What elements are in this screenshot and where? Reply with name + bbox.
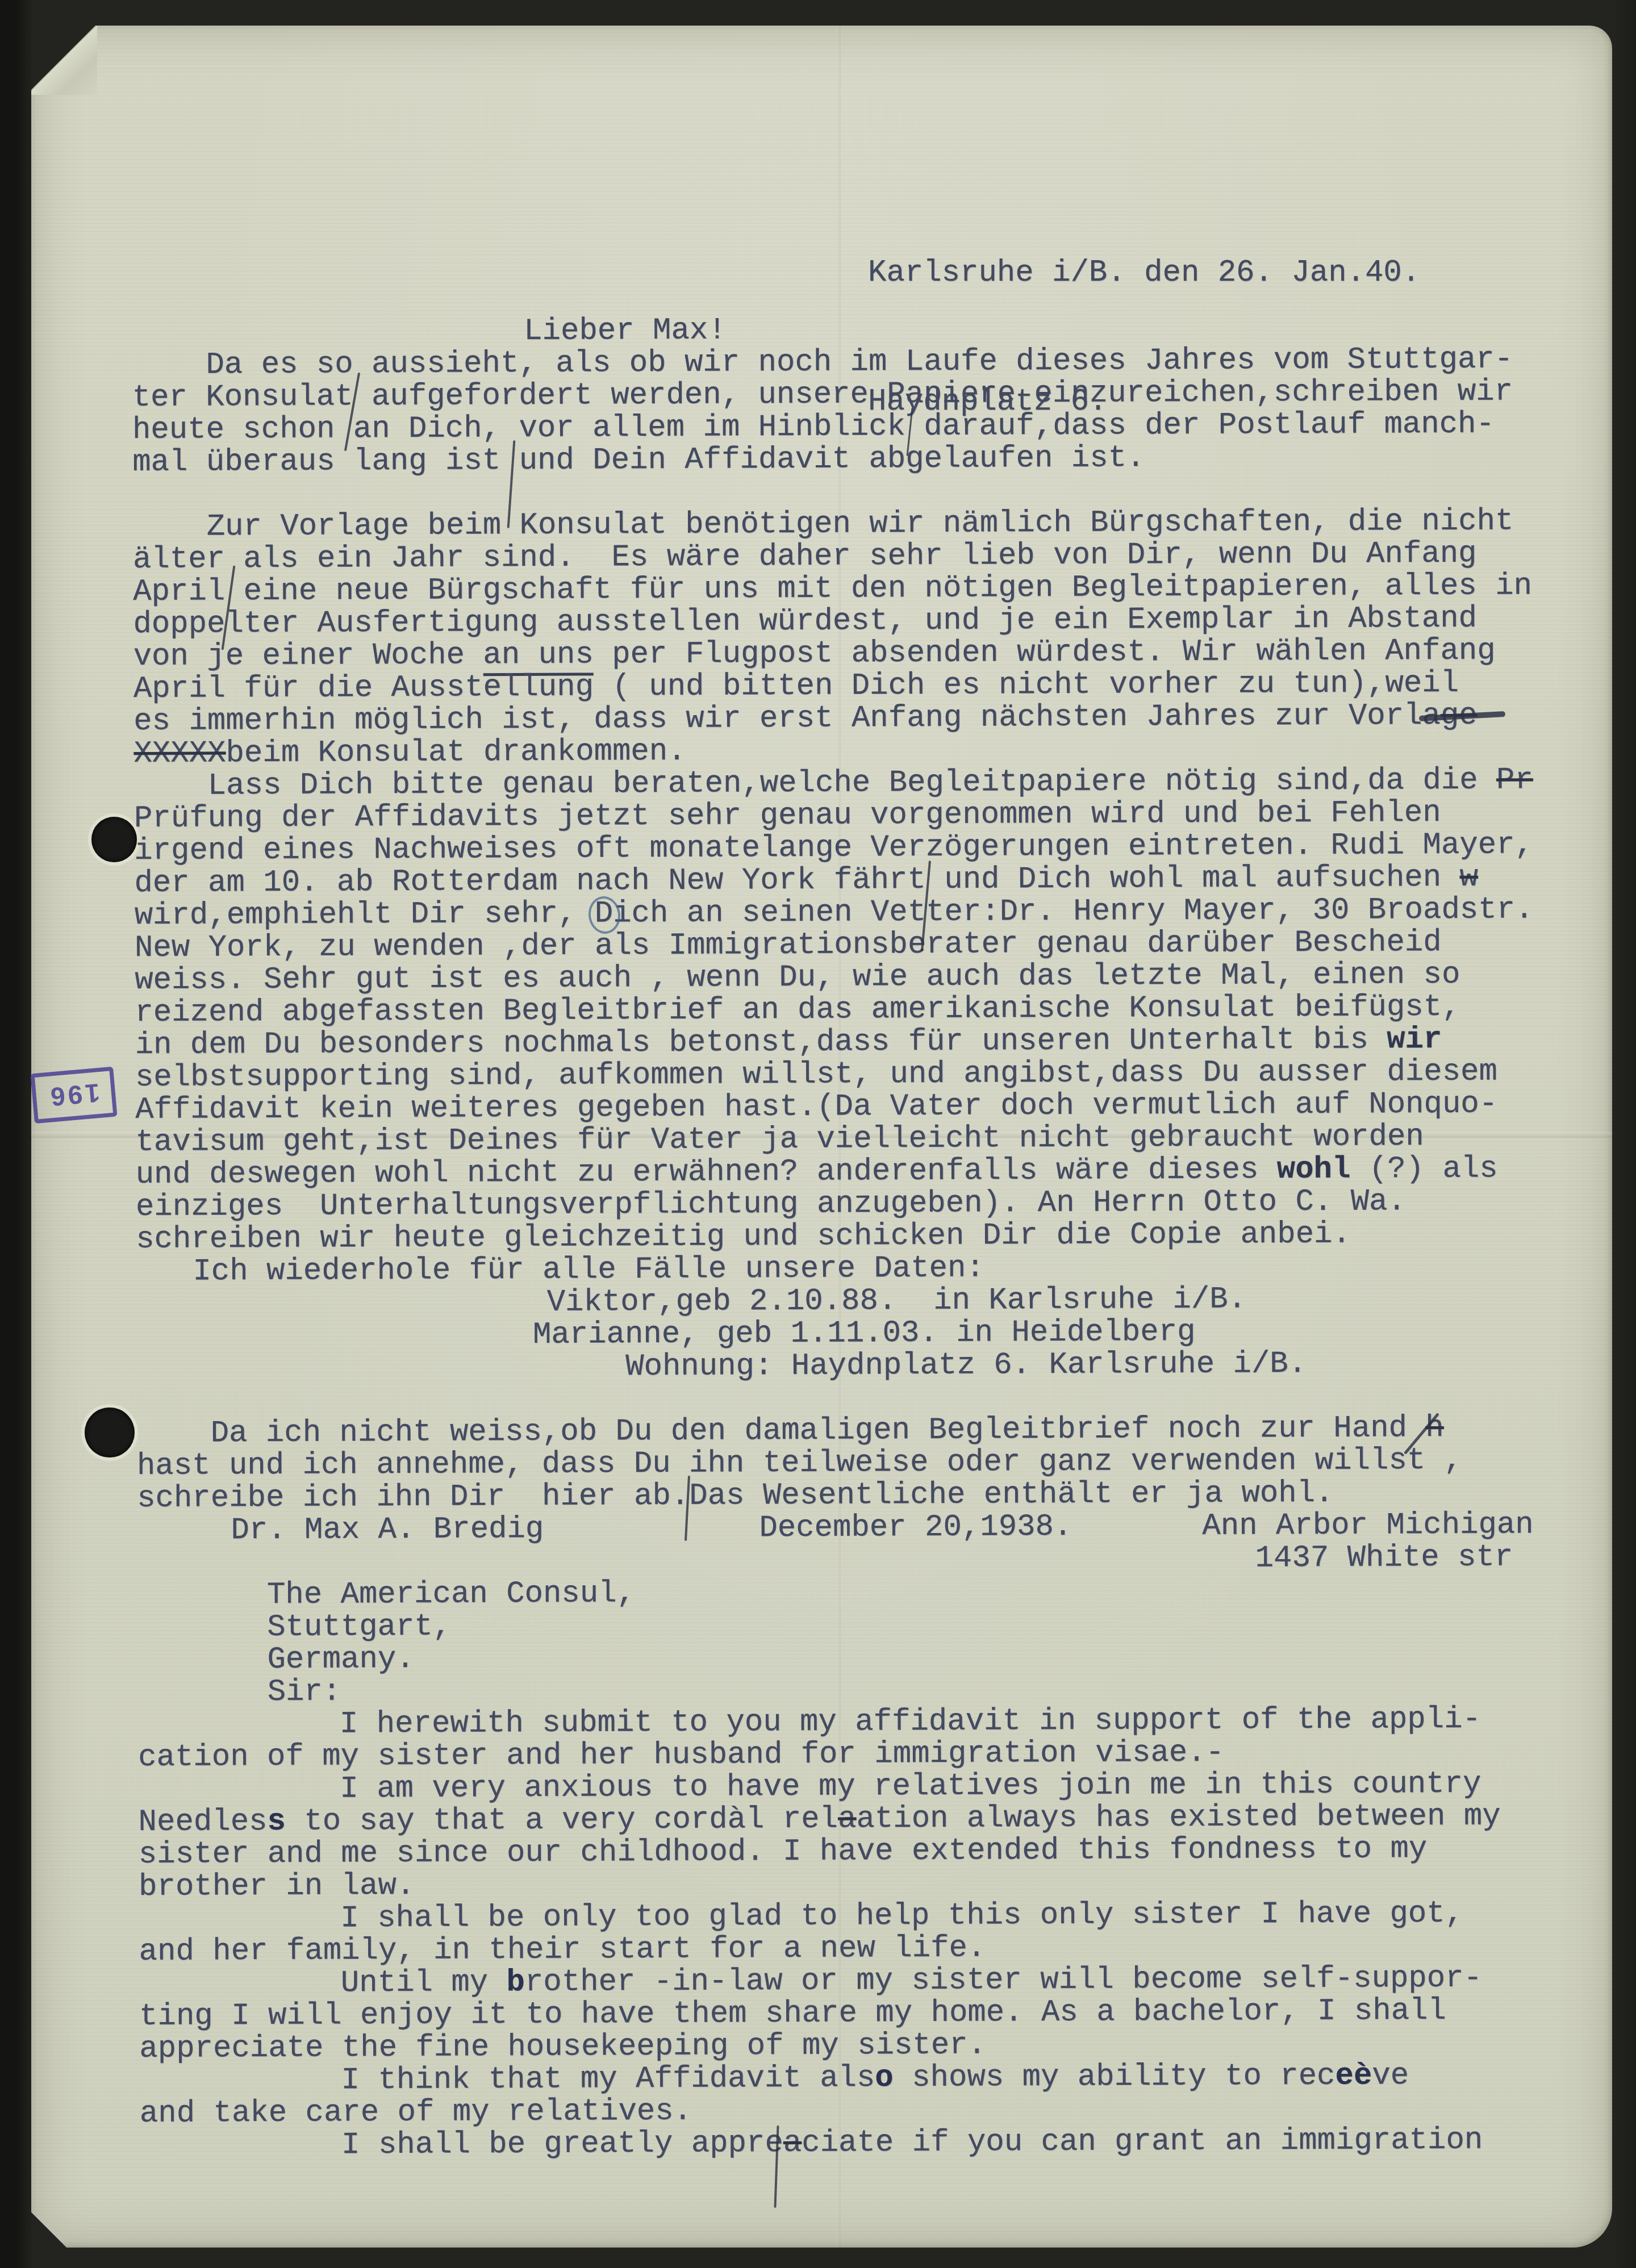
stamp-number: 196 (47, 1077, 101, 1113)
scanned-letter-page: { "scan": { "mat_color": "#23231f", "pap… (0, 0, 1636, 2268)
text-line: Wohnung: Haydnplatz 6. Karlsruhe i/B. (136, 1347, 1591, 1385)
emphasized-text: o (875, 2061, 894, 2095)
paragraph-4: Da ich nicht weiss,ob Du den damaligen B… (136, 1411, 1591, 1515)
emphasized-text: wohl (1277, 1152, 1351, 1188)
emphasized-text: eè (1335, 2059, 1372, 2094)
inner-letter-recipient: The American Consul,Stuttgart,Germany.Si… (137, 1573, 1592, 1709)
struck-text: XXXXX (133, 736, 226, 771)
emphasized-text: s (267, 1805, 286, 1839)
struck-text: Pr (1496, 763, 1533, 797)
emphasized-text: b (506, 1965, 525, 2000)
english-body: I herewith submit to you my affidavit in… (138, 1703, 1594, 2162)
hole-punch-bottom (85, 1407, 135, 1457)
text-span: December 20,1938. (759, 1511, 1072, 1544)
text-line: I shall be greatly appreaciate if you ca… (140, 2124, 1594, 2162)
inner-letter-header: Dr. Max A. BredigDecember 20,1938.Ann Ar… (137, 1509, 1591, 1580)
letter-flow: Lieber Max!Da es so aussieht, als ob wir… (132, 311, 1594, 2162)
folded-corner (31, 26, 97, 95)
text-span: Dr. Max A. Bredig (231, 1513, 544, 1547)
text-span: Ann Arbor Michigan (1202, 1509, 1534, 1543)
paragraph-1: Da es so aussieht, als ob wir noch im La… (132, 343, 1587, 479)
paragraph-2: Zur Vorlage beim Konsulat benötigen wir … (132, 505, 1588, 770)
paragraph-3: Lass Dich bitte genau beraten,welche Beg… (133, 764, 1590, 1288)
struck-text: w (1459, 861, 1478, 895)
text-span: 1437 White str (1255, 1541, 1513, 1574)
hole-punch-top (91, 817, 137, 862)
text-line: mal überaus lang ist und Dein Affidavit … (132, 440, 1587, 479)
place-date-line: Karlsruhe i/B. den 26. Jan.40. (868, 257, 1420, 289)
archive-number-stamp: 196 (30, 1067, 117, 1123)
torn-corner (31, 2203, 66, 2248)
struck-text: a (838, 1802, 857, 1836)
personal-data: Viktor,geb 2.10.88. in Karlsruhe i/B.Mar… (136, 1282, 1591, 1385)
emphasized-text: wir (1387, 1022, 1442, 1057)
struck-text: a (783, 2126, 802, 2161)
